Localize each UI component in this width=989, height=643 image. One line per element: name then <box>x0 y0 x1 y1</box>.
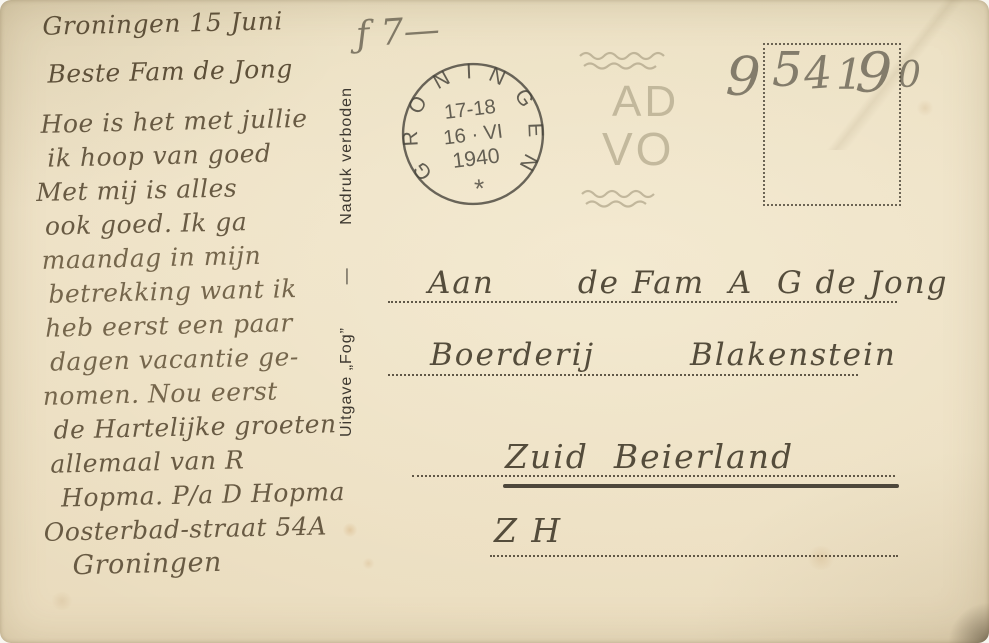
cancel-text-top: AD <box>612 80 679 124</box>
message-line: Groningen <box>72 542 375 583</box>
pencil-price-mark: ƒ 7— <box>355 9 441 56</box>
message-line: Hopma. P/a D Hopma <box>61 474 374 515</box>
message-line: Beste Fam de Jong <box>47 51 364 92</box>
foxing-spot <box>806 546 836 570</box>
postmark-year: 1940 <box>451 143 501 173</box>
address-underline <box>503 484 899 488</box>
address-line-province: Z H <box>494 514 562 547</box>
serial-digit: 0 <box>898 58 921 94</box>
address-dotted-line <box>388 301 897 303</box>
publisher-credit: Uitgave „Fog” — Nadruk verboden <box>336 87 358 437</box>
corner-shadow <box>941 603 989 643</box>
svg-text:GRONINGEN: GRONINGEN <box>389 51 554 194</box>
machine-cancel: AD VO <box>578 46 708 218</box>
address-dotted-line <box>490 555 898 557</box>
stamp-box <box>763 43 901 206</box>
publisher-nadruk: Nadruk verboden <box>338 87 356 225</box>
address-line-town: Zuid Beierland <box>505 440 794 473</box>
publisher-separator: — <box>338 267 356 284</box>
foxing-spot <box>50 592 74 610</box>
postmark-stamp: GRONINGEN 17-18 16 · VI 1940 * <box>388 49 557 218</box>
serial-digit: 9 <box>725 49 762 105</box>
postmark-star-icon: * <box>473 173 487 204</box>
foxing-spot <box>916 100 934 116</box>
address-line-street: Boerderij Blakenstein <box>430 340 897 371</box>
publisher-uitgave: Uitgave „Fog” <box>338 327 356 437</box>
address-dotted-line <box>412 475 895 477</box>
message-line: Groningen 15 Juni <box>42 3 363 44</box>
address-dotted-line <box>388 374 858 376</box>
postmark-city: GRONINGEN <box>389 51 554 194</box>
message-block: Groningen 15 Juni Beste Fam de Jong Hoe … <box>32 3 375 584</box>
message-line: de Hartelijke groeten <box>53 406 372 447</box>
address-line-recipient: Aan de Fam A G de Jong <box>428 268 949 299</box>
cancel-text-bottom: VO <box>602 126 674 172</box>
postmark-time: 17-18 <box>443 96 497 124</box>
postcard-back: Groningen 15 Juni Beste Fam de Jong Hoe … <box>0 0 989 643</box>
